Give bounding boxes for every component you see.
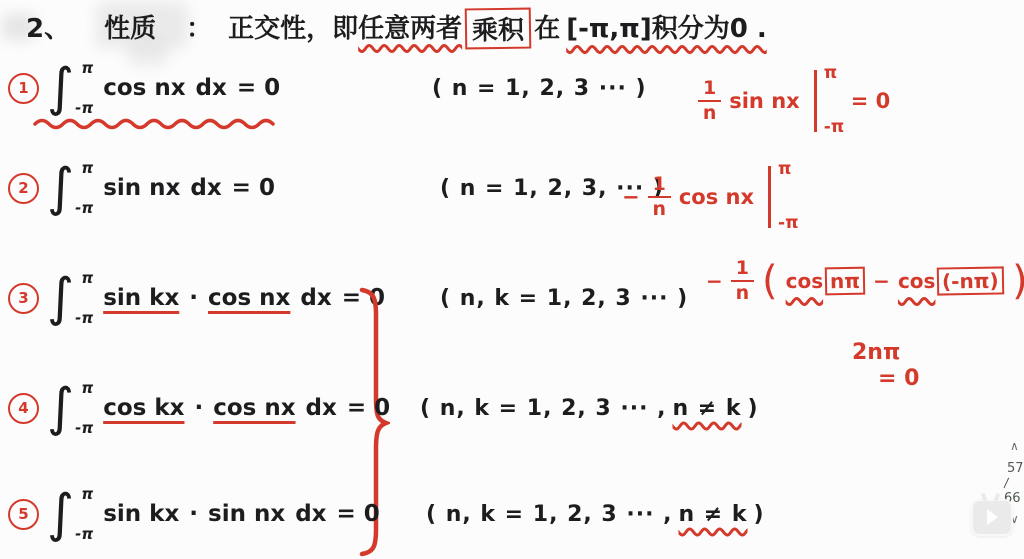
- title-term: 性质: [104, 8, 156, 45]
- lower-limit: -π: [75, 99, 93, 117]
- item-number-4: 4: [8, 393, 39, 424]
- evaluation-bar: π-π: [768, 166, 797, 228]
- formula-row-2: 2 ∫ π-π sin nxdx= 0 ( n = 1, 2, 3, ··· ): [8, 156, 285, 220]
- lower-limit: -π: [75, 309, 93, 327]
- integrand: sin nxdx= 0: [103, 175, 285, 201]
- title-number: 2、: [26, 8, 70, 45]
- condition: ( n, k = 1, 2, 3 ··· ): [440, 286, 694, 311]
- title-lead: 正交性，即: [228, 8, 358, 45]
- formula-row-5: 5 ∫ π-π sin kx·sin nxdx= 0 ( n, k = 1, 2…: [8, 482, 390, 546]
- condition: ( n, k = 1, 2, 3 ··· ,n ≠ k): [426, 502, 771, 527]
- integral-sign: ∫ π-π: [47, 485, 93, 543]
- title-colon: ：: [186, 8, 212, 45]
- condition: ( n, k = 1, 2, 3 ··· ,n ≠ k): [420, 396, 765, 421]
- title-boxed-phrase: 乘积: [465, 8, 532, 50]
- red-annotation-1: 1n sin nx π-π = 0: [698, 70, 898, 132]
- upper-limit: π: [81, 485, 93, 503]
- fraction: 1n: [648, 174, 671, 220]
- boxed-term-1: cosnπ: [786, 267, 866, 295]
- chevron-up-icon[interactable]: ∧: [1010, 440, 1019, 454]
- item-number-3: 3: [8, 283, 39, 314]
- tv-antenna-icon: [994, 493, 1001, 502]
- upper-limit: π: [81, 159, 93, 177]
- pager-current: 57: [1007, 462, 1024, 477]
- tv-antenna-icon: [981, 493, 988, 502]
- lower-limit: -π: [75, 199, 93, 217]
- page-title: 2、 性质 ： 正交性，即 任意两者 乘积 在 [-π,π]积分为0 .: [26, 8, 767, 49]
- title-underlined-phrase: [-π,π]积分为0 .: [566, 8, 767, 45]
- upper-limit: π: [81, 269, 93, 287]
- lower-limit: -π: [75, 419, 93, 437]
- pager-slash: /: [1003, 477, 1009, 492]
- red-annotation-3: − 1n ( cosnπ − cos(-nπ) ): [706, 258, 1024, 304]
- red-result-equals: = 0: [878, 366, 919, 391]
- formula-row-4: 4 ∫ π-π cos kx·cos nxdx= 0 ( n, k = 1, 2…: [8, 376, 400, 440]
- red-result-value: 2nπ: [852, 340, 900, 365]
- item-number-5: 5: [8, 499, 39, 530]
- lower-limit: -π: [75, 525, 93, 543]
- title-mid: 在: [534, 8, 560, 45]
- item-number-2: 2: [8, 173, 39, 204]
- formula-row-3: 3 ∫ π-π sin kx·cos nxdx= 0 ( n, k = 1, 2…: [8, 266, 395, 330]
- item-number-1: 1: [8, 73, 39, 104]
- play-button[interactable]: [971, 499, 1013, 536]
- fraction: 1n: [731, 258, 754, 304]
- lecture-note-sheet: 2、 性质 ： 正交性，即 任意两者 乘积 在 [-π,π]积分为0 . 1 ∫…: [0, 0, 1024, 559]
- integral-sign: ∫ π-π: [47, 159, 93, 217]
- integrand: sin kx·sin nxdx= 0: [103, 501, 390, 527]
- evaluation-bar: π-π: [814, 70, 843, 132]
- play-triangle-icon: [987, 509, 998, 525]
- red-wavy-underline: [33, 116, 275, 130]
- integrand: cos kx·cos nxdx= 0: [103, 395, 400, 421]
- upper-limit: π: [81, 379, 93, 397]
- title-wavy-phrase: 任意两者: [358, 8, 462, 45]
- condition: ( n = 1, 2, 3 ··· ): [432, 76, 653, 101]
- integral-sign: ∫ π-π: [47, 379, 93, 437]
- integral-sign: ∫ π-π: [47, 269, 93, 327]
- fraction: 1n: [698, 78, 721, 124]
- integral-sign: ∫ π-π: [47, 59, 93, 117]
- upper-limit: π: [81, 59, 93, 77]
- boxed-term-2: cos(-nπ): [898, 267, 1004, 295]
- integrand: sin kx·cos nxdx= 0: [103, 285, 395, 311]
- integrand: cos nxdx= 0: [103, 75, 290, 101]
- formula-row-1: 1 ∫ π-π cos nxdx= 0 ( n = 1, 2, 3 ··· ): [8, 56, 290, 120]
- red-annotation-2: − 1n cos nx π-π: [622, 166, 805, 228]
